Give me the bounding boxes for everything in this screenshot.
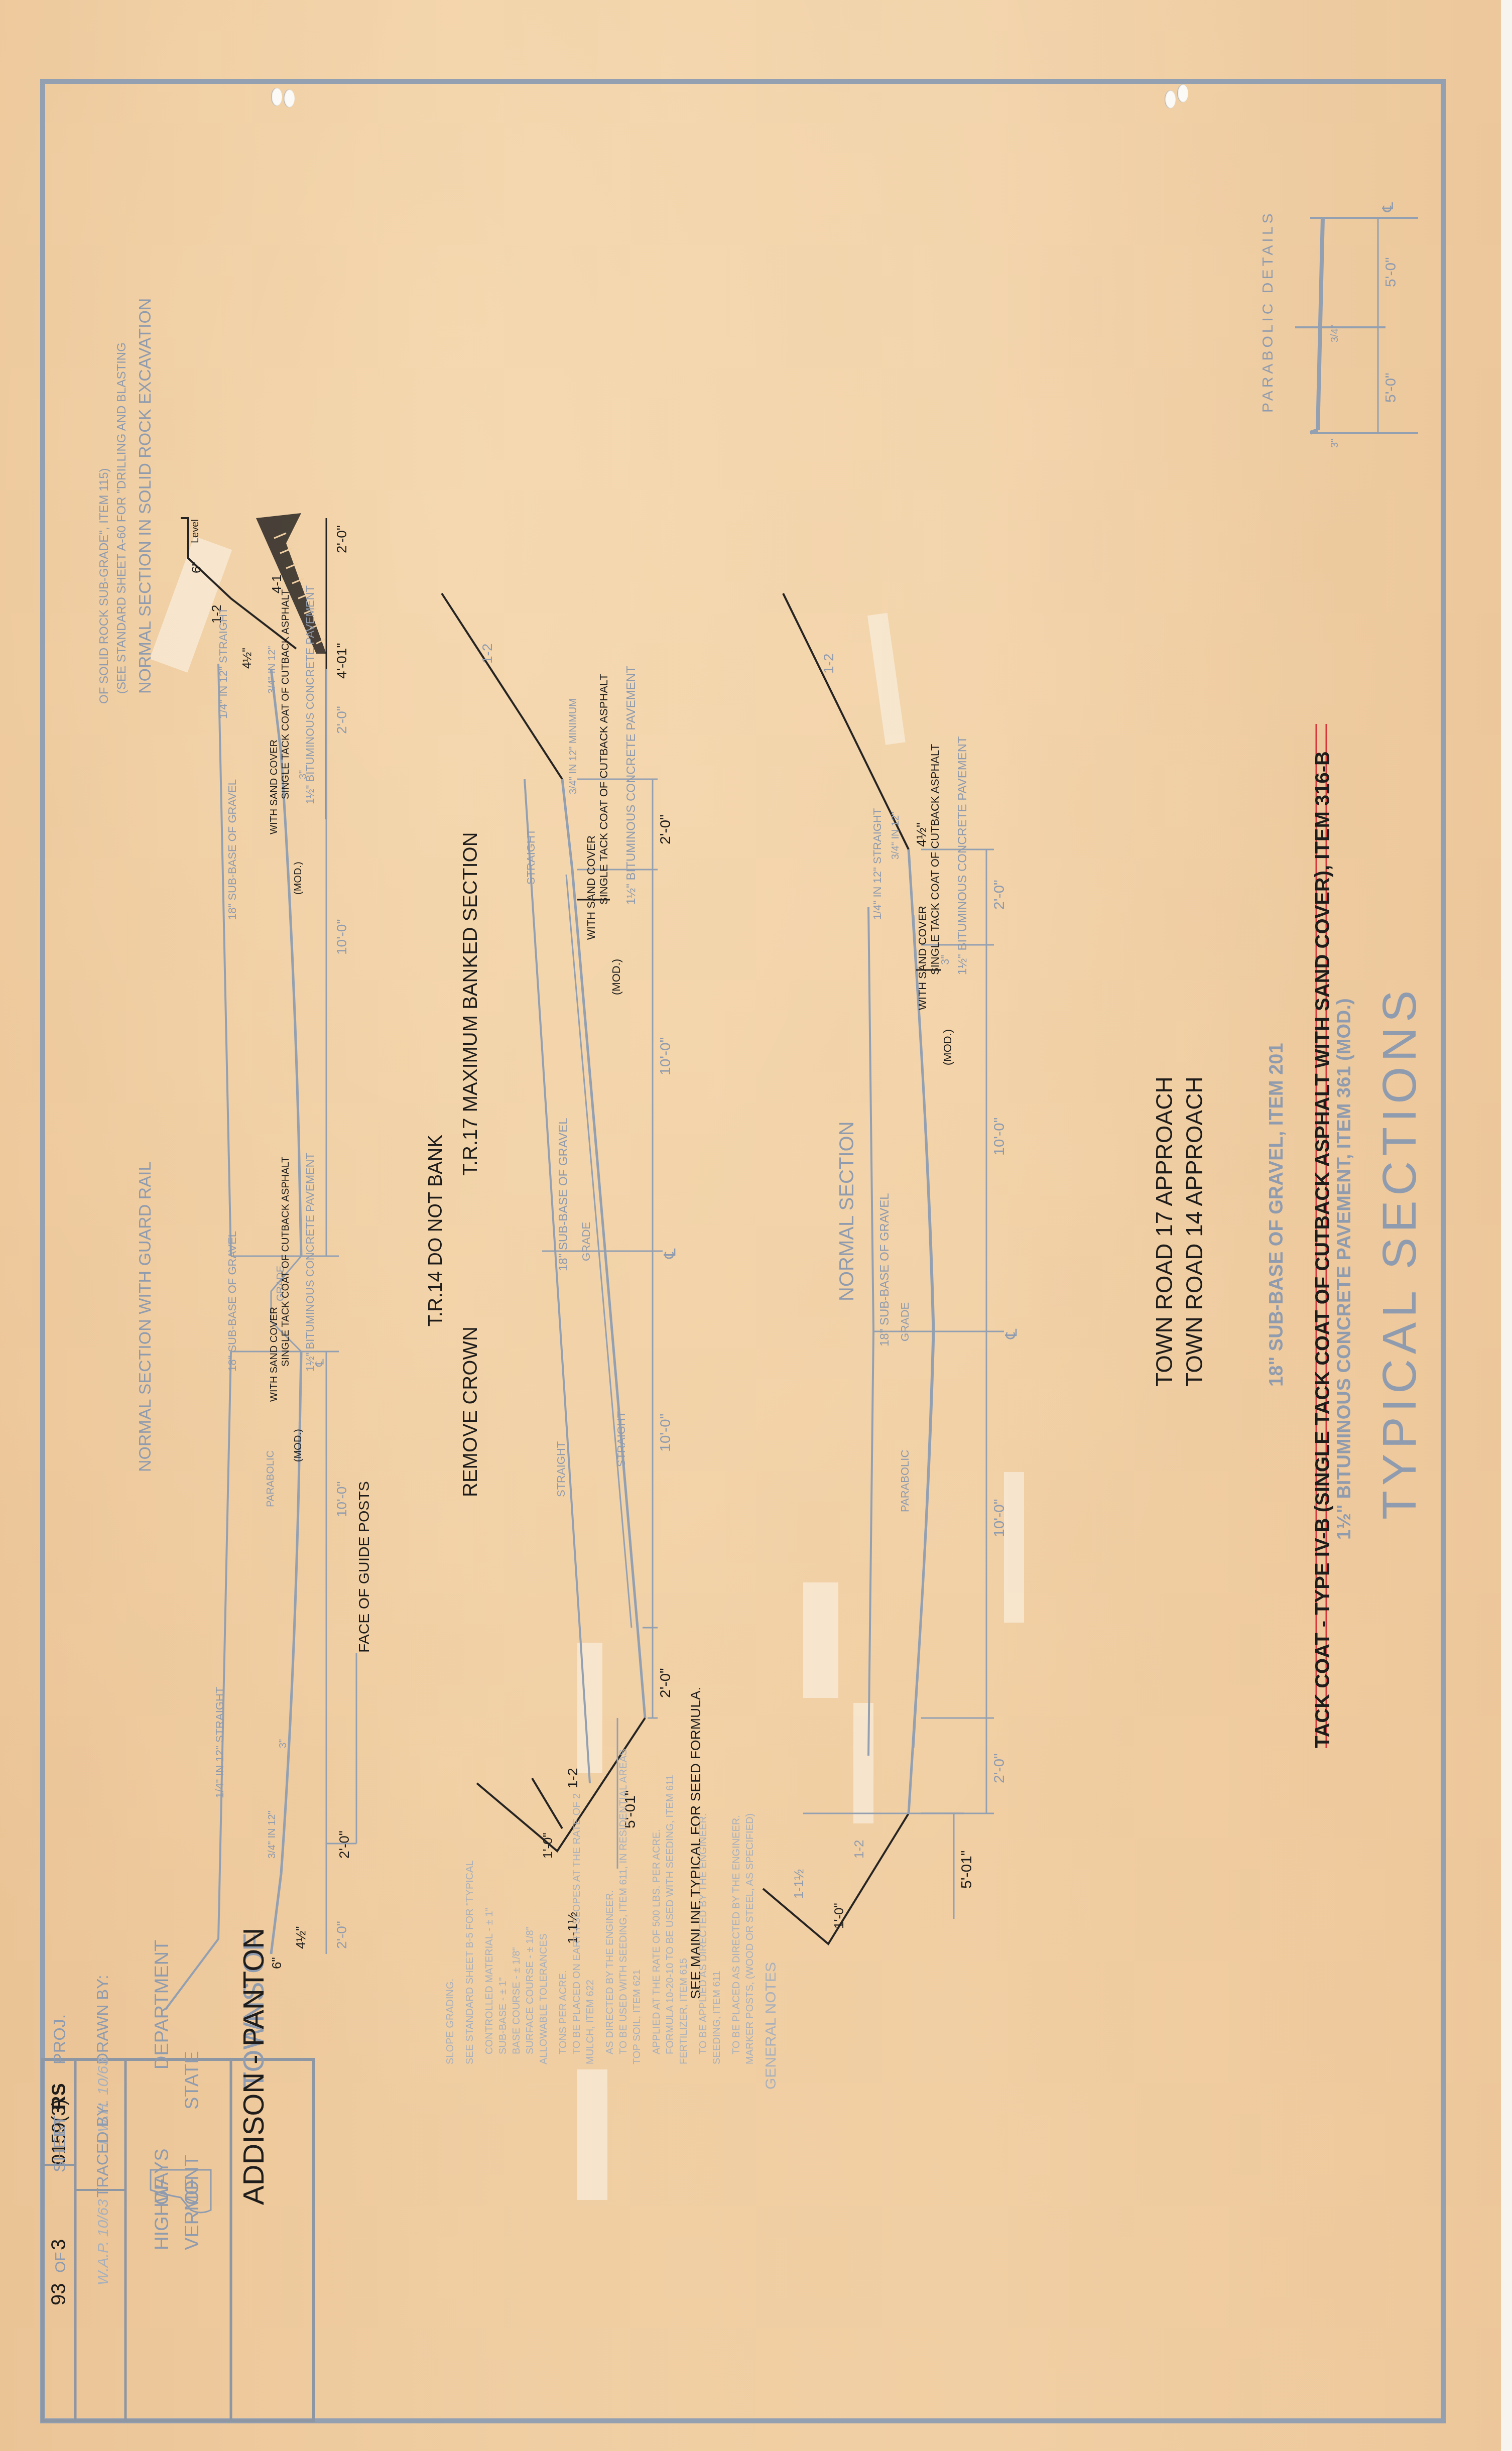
svg-text:1'-0": 1'-0" xyxy=(540,1832,555,1859)
svg-text:STATE: STATE xyxy=(182,2051,203,2110)
svg-text:1-1½: 1-1½ xyxy=(791,1869,806,1899)
svg-text:6": 6" xyxy=(189,561,204,573)
svg-text:1'-0": 1'-0" xyxy=(831,1903,846,1929)
general-note-line: TO BE APPLIED AS DIRECTED BY THE ENGINEE… xyxy=(698,1813,709,2054)
normal-section-label: NORMAL SECTION xyxy=(836,1121,858,1301)
svg-text:5'-0": 5'-0" xyxy=(1382,373,1399,403)
svg-text:3/4" IN 12": 3/4" IN 12" xyxy=(890,812,901,860)
svg-text:5'-01": 5'-01" xyxy=(958,1851,975,1889)
svg-text:4½": 4½" xyxy=(293,1926,308,1949)
guardrail-section-label: NORMAL SECTION WITH GUARD RAIL xyxy=(136,1162,155,1472)
svg-text:OF SOLID ROCK SUB-GRADE", ITEM: OF SOLID ROCK SUB-GRADE", ITEM 115) xyxy=(97,468,111,704)
general-note-line: MULCH, ITEM 622 xyxy=(585,1980,596,2064)
general-note-line: ALLOWABLE TOLERANCES xyxy=(538,1933,549,2064)
svg-text:1½" BITUMINOUS CONCRETE PAVEME: 1½" BITUMINOUS CONCRETE PAVEMENT xyxy=(956,736,969,975)
svg-text:5'-0": 5'-0" xyxy=(1382,257,1399,287)
svg-text:TRACED BY:: TRACED BY: xyxy=(93,2102,111,2197)
svg-text:1-2: 1-2 xyxy=(565,1768,580,1788)
svg-text:1/4" IN 12" STRAIGHT: 1/4" IN 12" STRAIGHT xyxy=(871,808,884,920)
general-note-line: FORMULA 10-20-10 TO BE USED WITH SEEDING… xyxy=(665,1775,676,2054)
general-note-line: FERTILIZER, ITEM 615 xyxy=(678,1958,689,2064)
svg-text:WITH SAND COVER: WITH SAND COVER xyxy=(269,740,280,834)
svg-text:18" SUB-BASE OF GRAVEL: 18" SUB-BASE OF GRAVEL xyxy=(226,779,238,920)
svg-text:1/4" IN 12" STRAIGHT: 1/4" IN 12" STRAIGHT xyxy=(213,1687,226,1798)
approach-title-17: TOWN ROAD 17 APPROACH xyxy=(1151,1076,1177,1387)
svg-text:2'-0": 2'-0" xyxy=(334,1921,349,1949)
svg-text:(MOD.): (MOD.) xyxy=(941,1029,954,1065)
svg-text:1½" BITUMINOUS CONCRETE PAVEME: 1½" BITUMINOUS CONCRETE PAVEMENT xyxy=(304,1153,316,1372)
general-note-line: TO BE PLACED ON EARTH SLOPES AT THE RATE… xyxy=(571,1793,582,2054)
svg-text:2'-0": 2'-0" xyxy=(657,1668,674,1698)
spec-line-subbase: 18" SUB-BASE OF GRAVEL, ITEM 201 xyxy=(1266,1043,1287,1387)
svg-text:10'-0": 10'-0" xyxy=(657,1037,674,1075)
svg-text:HIGHWAYS: HIGHWAYS xyxy=(152,2148,173,2250)
svg-text:WITH SAND COVER: WITH SAND COVER xyxy=(269,1307,280,1402)
guardrail-section: 10'-0" 2'-0" 2'-0" 4½" 6" 3" 3/4" IN 12"… xyxy=(136,1153,372,2009)
remove-crown-note: REMOVE CROWN xyxy=(459,1326,481,1497)
svg-text:3": 3" xyxy=(1329,439,1340,448)
rock-section-label: NORMAL SECTION IN SOLID ROCK EXCAVATION xyxy=(136,298,155,694)
svg-text:WITH SAND COVER: WITH SAND COVER xyxy=(916,906,929,1010)
approach-title-14: TOWN ROAD 14 APPROACH xyxy=(1181,1076,1207,1387)
general-notes: GENERAL NOTES SEE MAINLINE TYPICAL FOR S… xyxy=(445,1687,779,2090)
general-note-line: TO BE PLACED AS DIRECTED BY THE ENGINEER… xyxy=(731,1815,742,2054)
svg-text:SHEET: SHEET xyxy=(50,2116,69,2172)
svg-text:1-2: 1-2 xyxy=(821,654,836,674)
general-note-line: TONS PER ACRE. xyxy=(558,1971,569,2054)
svg-text:18" SUB-BASE OF GRAVEL: 18" SUB-BASE OF GRAVEL xyxy=(878,1193,892,1346)
general-note-line: TOP SOIL, ITEM 621 xyxy=(632,1970,643,2064)
svg-text:2'-0": 2'-0" xyxy=(991,880,1007,910)
parabolic-detail-label: PARABOLIC DETAILS xyxy=(1259,210,1276,413)
svg-text:3": 3" xyxy=(278,1739,289,1748)
svg-text:(MOD.): (MOD.) xyxy=(293,1429,304,1462)
svg-text:2'-0": 2'-0" xyxy=(336,1830,352,1859)
sheet-title-block: TYPICAL SECTIONS 1½" BITUMINOUS CONCRETE… xyxy=(1151,724,1426,1748)
svg-text:(SEE STANDARD SHEET A-60 FOR ": (SEE STANDARD SHEET A-60 FOR "DRILLING A… xyxy=(115,342,129,694)
svg-text:℄: ℄ xyxy=(313,1359,327,1367)
general-note-line: TO BE USED WITH SEEDING, ITEM 611, IN RE… xyxy=(618,1749,629,2054)
svg-text:10'-0": 10'-0" xyxy=(657,1414,674,1452)
banked-section: 1-2 ℄ 2'-0" 10'-0" 10'-0" 2'-0" 3/4" IN … xyxy=(425,593,679,1944)
svg-text:STRAIGHT: STRAIGHT xyxy=(555,1441,567,1497)
svg-text:℄: ℄ xyxy=(661,1248,679,1259)
normal-section: 1-2 ℄ 2'-0" 10'-0" 10'-0" 2'-0" 4½" 3/4"… xyxy=(763,593,1020,1944)
svg-text:Level: Level xyxy=(190,519,201,543)
svg-text:PARABOLIC: PARABOLIC xyxy=(899,1450,911,1512)
svg-text:2'-0": 2'-0" xyxy=(334,706,349,734)
general-note-line: SLOPE GRADING. xyxy=(445,1979,456,2064)
tr14-note: T.R.14 DO NOT BANK xyxy=(425,1135,446,1326)
svg-text:(MOD.): (MOD.) xyxy=(293,862,304,895)
svg-text:2'-0": 2'-0" xyxy=(657,814,674,844)
svg-text:STRAIGHT: STRAIGHT xyxy=(615,1411,627,1467)
svg-text:SINGLE TACK COAT OF CUTBACK AS: SINGLE TACK COAT OF CUTBACK ASPHALT xyxy=(597,674,610,905)
general-note-line: AS DIRECTED BY THE ENGINEER. xyxy=(604,1890,615,2054)
svg-text:1/4" IN 12" STRAIGHT: 1/4" IN 12" STRAIGHT xyxy=(217,607,229,719)
svg-text:2'-0": 2'-0" xyxy=(334,525,349,553)
svg-text:SINGLE TACK COAT OF CUTBACK AS: SINGLE TACK COAT OF CUTBACK ASPHALT xyxy=(929,744,941,975)
svg-text:W.A.P. 10/63: W.A.P. 10/63 xyxy=(95,2199,111,2285)
svg-text:1-2: 1-2 xyxy=(851,1840,866,1859)
svg-text:℄: ℄ xyxy=(1380,202,1397,212)
towns-name: ADDISON - PANTON xyxy=(237,1928,270,2205)
svg-text:1-2: 1-2 xyxy=(479,644,495,664)
general-note-line: CONTROLLED MATERIAL - ± 1" xyxy=(484,1907,495,2054)
svg-text:TACK COAT - TYPE IV-B (SINGLE: TACK COAT - TYPE IV-B (SINGLE TACK COAT … xyxy=(1312,751,1334,1748)
svg-text:STRAIGHT: STRAIGHT xyxy=(525,829,537,885)
svg-text:PROJ.: PROJ. xyxy=(50,2014,69,2064)
drawing-canvas: TYPICAL SECTIONS 1½" BITUMINOUS CONCRETE… xyxy=(0,0,1512,2451)
svg-text:10'-0": 10'-0" xyxy=(334,919,349,955)
svg-text:3/4" IN 12": 3/4" IN 12" xyxy=(267,646,278,694)
svg-text:10'-0": 10'-0" xyxy=(334,1482,349,1517)
rock-section: 4-1 Level 6" 1-2 2'-0" 4'-01" 4½" 3/4" I… xyxy=(97,298,349,1256)
svg-text:GRADE: GRADE xyxy=(580,1222,592,1261)
svg-text:10'-0": 10'-0" xyxy=(991,1499,1007,1537)
svg-text:℄: ℄ xyxy=(1002,1328,1020,1339)
svg-text:4½": 4½" xyxy=(914,822,929,847)
sheet-number: 3 xyxy=(48,2239,70,2250)
svg-text:(MOD.): (MOD.) xyxy=(610,959,622,995)
svg-text:18" SUB-BASE OF GRAVEL: 18" SUB-BASE OF GRAVEL xyxy=(226,1231,238,1372)
svg-text:PARABOLIC: PARABOLIC xyxy=(265,1450,276,1507)
spec-line-pavement: 1½" BITUMINOUS CONCRETE PAVEMENT, ITEM 3… xyxy=(1334,998,1355,1540)
svg-text:1½" BITUMINOUS CONCRETE PAVEME: 1½" BITUMINOUS CONCRETE PAVEMENT xyxy=(624,666,638,905)
svg-text:WITH SAND COVER: WITH SAND COVER xyxy=(585,835,597,940)
title-block: TOWNS OF ADDISON - PANTON STATE OF VERMO… xyxy=(43,1928,314,2421)
svg-text:18" SUB-BASE OF GRAVEL: 18" SUB-BASE OF GRAVEL xyxy=(557,1118,570,1271)
general-note-line: SEE STANDARD SHEET B-5 FOR "TYPICAL xyxy=(464,1861,475,2064)
parabolic-detail: ℄ 5'-0" 5'-0" 3/4" 3" PARABOLIC DETAILS xyxy=(1259,202,1418,448)
svg-text:4½": 4½" xyxy=(240,648,254,669)
general-note-line: SUB-BASE - ± 1" xyxy=(497,1977,509,2054)
general-notes-title: GENERAL NOTES xyxy=(763,1962,779,2090)
svg-text:10'-0": 10'-0" xyxy=(991,1118,1007,1156)
svg-text:3/4" IN 12" MINIMUM: 3/4" IN 12" MINIMUM xyxy=(568,698,579,794)
general-note-line: APPLIED AT THE RATE OF 500 LBS. PER ACRE… xyxy=(651,1829,662,2054)
svg-text:SINGLE TACK COAT OF CUTBACK AS: SINGLE TACK COAT OF CUTBACK ASPHALT xyxy=(280,589,291,799)
svg-text:T.R.17 MAXIMUM BANKED SECTI: T.R.17 MAXIMUM BANKED SECTION xyxy=(459,832,481,1176)
svg-text:6": 6" xyxy=(269,1957,284,1969)
svg-text:3/4" IN 12": 3/4" IN 12" xyxy=(267,1811,278,1859)
svg-text:3/4": 3/4" xyxy=(1329,325,1340,342)
general-note-line: SURFACE COURSE - ± 1/8" xyxy=(525,1926,536,2054)
sheet-title: TYPICAL SECTIONS xyxy=(1373,986,1426,1520)
spec-line-tack-coat: TACK COAT - TYPE IV-B (SINGLE TACK COAT … xyxy=(1312,724,1334,1748)
general-note-line: BASE COURSE - ± 1/8" xyxy=(511,1947,522,2054)
svg-text:GRADE: GRADE xyxy=(899,1302,911,1341)
svg-text:2'-0": 2'-0" xyxy=(991,1753,1007,1783)
svg-text:DRAWN BY:: DRAWN BY: xyxy=(93,1975,111,2064)
svg-text:DEPARTMENT: DEPARTMENT xyxy=(152,1940,173,2069)
general-note-line: SEEDING, ITEM 611 xyxy=(711,1971,722,2064)
guide-posts-label: FACE OF GUIDE POSTS xyxy=(356,1481,372,1653)
svg-text:OF: OF xyxy=(52,2252,69,2273)
svg-text:SINGLE TACK COAT OF CUTBACK AS: SINGLE TACK COAT OF CUTBACK ASPHALT xyxy=(280,1157,291,1367)
sheet-total: 93 xyxy=(48,2283,70,2306)
svg-text:4'-01": 4'-01" xyxy=(334,643,349,679)
general-note-line: MARKER POSTS, (WOOD OR STEEL, AS SPECIFI… xyxy=(744,1813,755,2064)
svg-text:1½" BITUMINOUS CONCRETE PAVEME: 1½" BITUMINOUS CONCRETE PAVEMENT xyxy=(304,585,316,804)
